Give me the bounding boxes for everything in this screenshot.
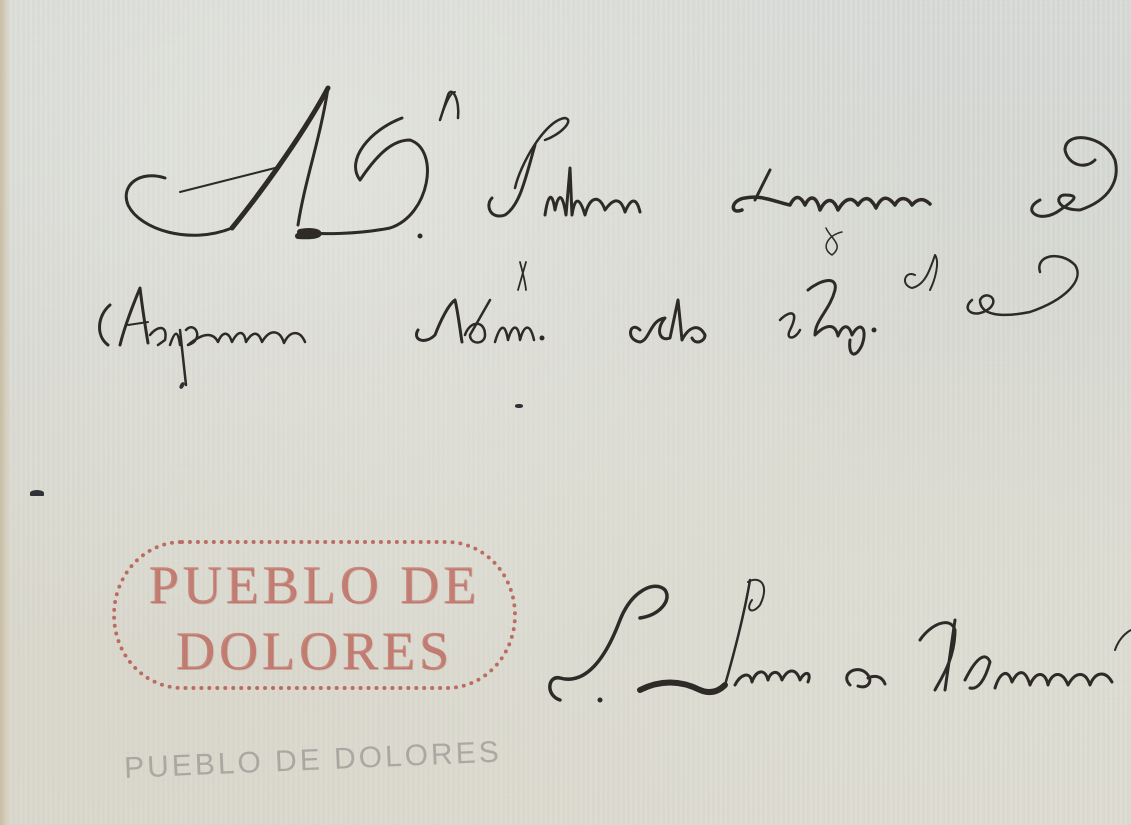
address-prefix: A D.	[120, 100, 150, 117]
address-prefix-superscript: n	[154, 95, 161, 110]
ink-speck	[179, 381, 186, 389]
pencil-annotation: PUEBLO DE DOLORES	[124, 736, 503, 786]
haz-superscript: da	[272, 262, 285, 277]
recipient-name: Julian Augustin de	[165, 100, 284, 117]
handwriting-strokes	[0, 0, 1131, 825]
paper-left-edge	[0, 0, 10, 825]
letter-cover: A D. n Julian Augustin de Azpeitia Adm. …	[0, 0, 1131, 825]
ink-speck	[30, 490, 44, 496]
postmark-stamp: PUEBLO DE DOLORES	[112, 540, 522, 700]
ink-speck	[515, 404, 523, 408]
recipient-title: Azpeitia Adm.	[95, 267, 188, 284]
postmark-line-2: DOLORES	[112, 620, 517, 682]
admin-superscript: or	[192, 262, 203, 277]
destination-superscript: P	[660, 585, 667, 600]
postmark-line-1: PUEBLO DE	[112, 554, 517, 616]
destination-text: S. Pedro de Ibarra	[540, 590, 656, 607]
line2-suffix: de	[288, 267, 303, 284]
office-text: dela Haz.	[207, 267, 267, 284]
